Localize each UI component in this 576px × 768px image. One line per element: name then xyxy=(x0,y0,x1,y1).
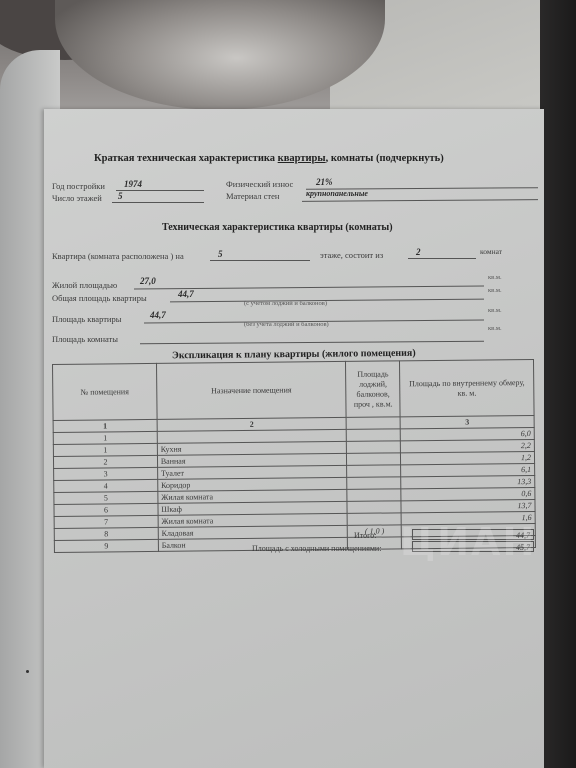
room-number: 2 xyxy=(53,455,157,468)
unit-label: кв.м. xyxy=(488,287,502,294)
table-header-row: № помещения Назначение помещения Площадь… xyxy=(53,359,535,420)
header-room-purpose: Назначение помещения xyxy=(156,361,346,419)
unit-label: кв.м. xyxy=(488,274,502,281)
room-number: 4 xyxy=(54,479,158,492)
document-page: Краткая техническая характеристика кварт… xyxy=(44,109,544,768)
wear-label: Физический износ xyxy=(226,179,293,189)
section-title: Техническая характеристика квартиры (ком… xyxy=(162,222,393,233)
total-area-label: Общая площадь квартиры xyxy=(52,293,147,303)
unit-label: кв.м. xyxy=(488,307,502,314)
room-number: 3 xyxy=(54,467,158,480)
room-number: 6 xyxy=(54,503,158,516)
loggia-area xyxy=(347,477,401,490)
total-label: Итого: xyxy=(354,531,376,540)
cold-area-label: Площадь с холодными помещениями: xyxy=(252,544,381,553)
rooms-unit: комнат xyxy=(480,247,502,256)
living-area-label: Жилой площадью xyxy=(52,280,117,290)
wall-material-label: Материал стен xyxy=(226,191,279,201)
rooms-value: 2 xyxy=(416,247,421,257)
loggia-area xyxy=(347,513,401,526)
apt-area-note: (без учета лоджий и балконов) xyxy=(244,321,329,328)
header-number: 1 xyxy=(53,419,157,432)
room-number: 1 xyxy=(53,443,157,456)
floor-value: 5 xyxy=(218,249,223,259)
loggia-area xyxy=(347,501,401,514)
wall-material-value: крупнопанельные xyxy=(306,189,368,198)
room-number: 1 xyxy=(53,431,157,444)
apt-area-value: 44,7 xyxy=(150,310,166,320)
unit-label: кв.м. xyxy=(488,325,502,332)
total-area-note: (с учетом лоджий и балконов) xyxy=(244,300,327,307)
photo-edge xyxy=(540,0,576,768)
title-text: Краткая техническая характеристика xyxy=(94,153,275,164)
header-loggia-area: Площадь лоджий, балконов, проч , кв.м. xyxy=(346,361,401,418)
explication-title: Экспликация к плану квартиры (жилого пом… xyxy=(172,348,416,362)
room-number: 5 xyxy=(54,491,158,504)
apt-area-label: Площадь квартиры xyxy=(52,314,121,324)
loggia-area xyxy=(347,489,401,502)
loggia-area xyxy=(347,429,401,442)
consists-label: этаже, состоит из xyxy=(320,250,383,260)
room-number: 9 xyxy=(54,539,158,552)
total-area-value: 44,7 xyxy=(178,289,194,299)
year-built-value: 1974 xyxy=(124,179,142,189)
room-number: 8 xyxy=(54,527,158,540)
document-title: Краткая техническая характеристика кварт… xyxy=(94,153,444,164)
year-built-label: Год постройки xyxy=(52,181,105,191)
dust-speck xyxy=(26,670,29,673)
title-underlined: квартиры xyxy=(278,153,326,164)
title-rest: , комнаты (подчеркнуть) xyxy=(326,153,444,164)
room-number: 7 xyxy=(54,515,158,528)
loggia-area xyxy=(347,453,401,466)
living-area-value: 27,0 xyxy=(140,276,156,286)
header-room-number: № помещения xyxy=(53,363,157,420)
watermark: ЦИАН xyxy=(400,520,536,564)
header-internal-area: Площадь по внутреннему обмеру, кв. м. xyxy=(400,359,534,416)
floors-value: 5 xyxy=(118,191,123,201)
loggia-area xyxy=(347,465,401,478)
location-label: Квартира (комната расположена ) на xyxy=(52,251,184,261)
header-number xyxy=(346,417,400,430)
loggia-area xyxy=(347,441,401,454)
wear-value: 21% xyxy=(316,177,333,187)
floors-label: Число этажей xyxy=(52,193,102,203)
room-area-label: Площадь комнаты xyxy=(52,334,118,344)
